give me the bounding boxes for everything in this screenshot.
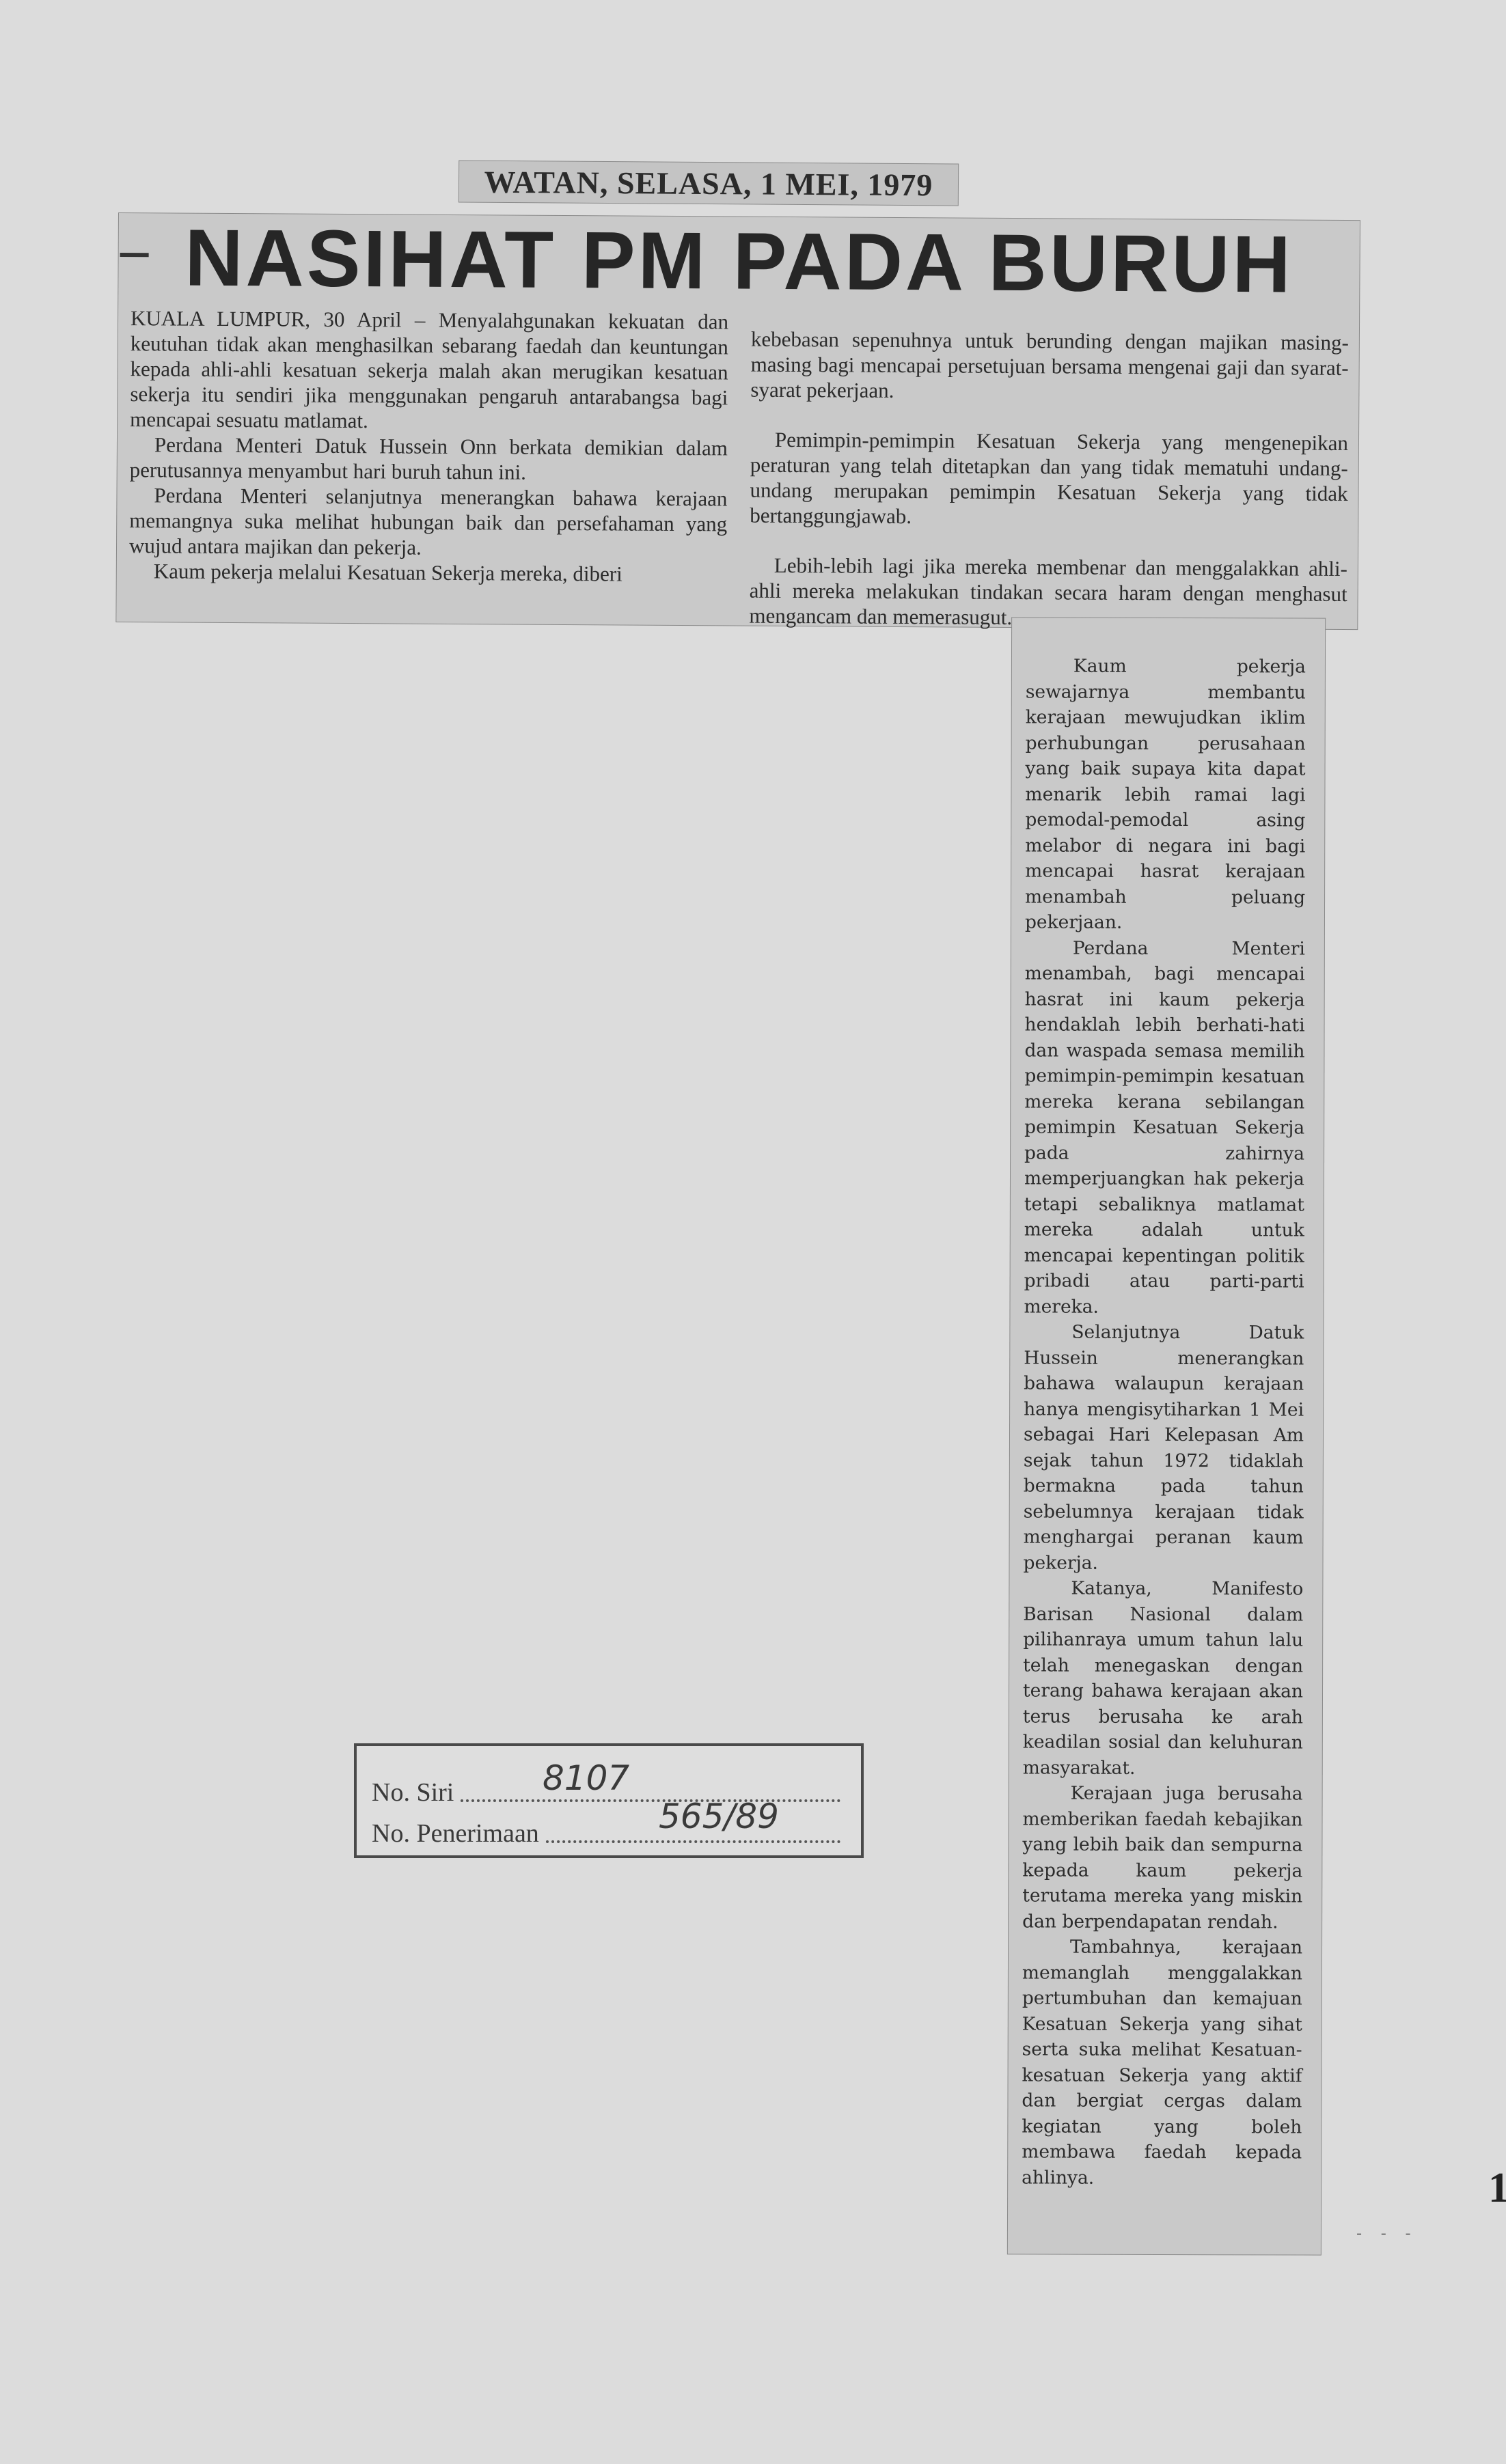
paragraph: Pemimpin-pemimpin Kesatuan Sekerja yang … bbox=[750, 427, 1348, 531]
penerimaan-value: 565/89 bbox=[659, 1797, 779, 1836]
dotted-line bbox=[461, 1799, 840, 1802]
article-left-column: KUALA LUMPUR, 30 April – Menyalahgunakan… bbox=[129, 305, 728, 587]
article-right-top-column: kebebasan sepenuhnya untuk berunding den… bbox=[749, 327, 1349, 656]
archive-stamp: No. Siri 8107 No. Penerimaan 565/89 bbox=[354, 1743, 864, 1858]
article-narrow-column: Kaum pekerja sewajarnya membantu kerajaa… bbox=[1022, 653, 1306, 2191]
article-clipping-narrow: Kaum pekerja sewajarnya membantu kerajaa… bbox=[1008, 618, 1325, 2254]
date-line: WATAN, SELASA, 1 MEI, 1979 bbox=[484, 163, 933, 203]
stamp-penerimaan-row: No. Penerimaan 565/89 bbox=[372, 1814, 840, 1849]
margin-marks: - - - bbox=[1356, 2224, 1418, 2243]
page-number: 1 bbox=[1488, 2164, 1506, 2213]
paragraph: kebebasan sepenuhnya untuk berunding den… bbox=[750, 327, 1349, 406]
siri-value: 8107 bbox=[543, 1758, 629, 1798]
paragraph: Tambahnya, kerajaan memanglah menggalakk… bbox=[1022, 1934, 1302, 2191]
paragraph: Kaum pekerja sewajarnya membantu kerajaa… bbox=[1025, 653, 1306, 936]
article-clipping-top: NASIHAT PM PADA BURUH KUALA LUMPUR, 30 A… bbox=[116, 213, 1360, 629]
article-headline: NASIHAT PM PADA BURUH bbox=[118, 213, 1360, 309]
siri-label: No. Siri bbox=[372, 1777, 454, 1808]
paragraph: Perdana Menteri menambah, bagi mencapai … bbox=[1024, 935, 1304, 1320]
dotted-line bbox=[546, 1840, 840, 1843]
penerimaan-label: No. Penerimaan bbox=[372, 1818, 539, 1849]
paragraph: Perdana Menteri selanjutnya menerangkan … bbox=[129, 482, 728, 562]
paragraph: Kerajaan juga berusaha memberikan faedah… bbox=[1022, 1780, 1303, 1935]
paragraph: Kaum pekerja melalui Kesatuan Sekerja me… bbox=[129, 558, 727, 587]
paragraph: KUALA LUMPUR, 30 April – Menyalahgunakan… bbox=[130, 305, 728, 435]
newspaper-date-strip: WATAN, SELASA, 1 MEI, 1979 bbox=[459, 161, 958, 205]
paragraph: Katanya, Manifesto Barisan Nasional dala… bbox=[1023, 1575, 1304, 1781]
paragraph: Selanjutnya Datuk Hussein menerangkan ba… bbox=[1023, 1319, 1304, 1576]
paragraph: Perdana Menteri Datuk Hussein Onn berkat… bbox=[130, 432, 728, 486]
